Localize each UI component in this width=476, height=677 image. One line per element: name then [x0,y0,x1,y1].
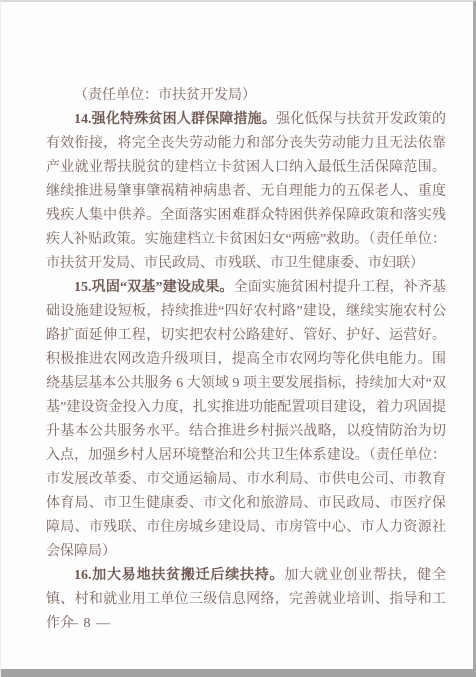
text-segment-normal: 全面实施贫困村提升工程，补齐基础设施建设短板，持续推进“四好农村路”建设，继续实… [46,280,446,463]
paragraph: 14.强化特殊贫困人群保障措施。强化低保与扶贫开发政策的有效衔接，将完全丧失劳动… [46,108,446,276]
text-segment-normal: 强化低保与扶贫开发政策的有效衔接，将完全丧失劳动能力和部分丧失劳动能力且无法依靠… [46,112,446,247]
page-number: — 8 — [64,612,111,636]
text-segment-bold: 16.加大易地扶贫搬迁后续扶持。 [74,568,284,583]
text-segment-bold: 15.巩固“双基”建设成果。 [74,280,234,295]
scanned-document-page: （责任单位：市扶贫开发局）14.强化特殊贫困人群保障措施。强化低保与扶贫开发政策… [0,0,476,677]
scan-edge-shadow [1,669,476,677]
text-segment-kai: （责任单位：市扶贫开发局） [74,88,256,103]
paragraph: （责任单位：市扶贫开发局） [46,84,446,108]
document-body: （责任单位：市扶贫开发局）14.强化特殊贫困人群保障措施。强化低保与扶贫开发政策… [46,84,446,636]
text-segment-bold: 14.强化特殊贫困人群保障措施。 [74,112,276,127]
text-segment-kai: （责任单位：市发展改革委、市交通运输局、市水利局、市供电公司、市教育体育局、市卫… [46,448,446,559]
paragraph: 15.巩固“双基”建设成果。全面实施贫困村提升工程，补齐基础设施建设短板，持续推… [46,276,446,564]
